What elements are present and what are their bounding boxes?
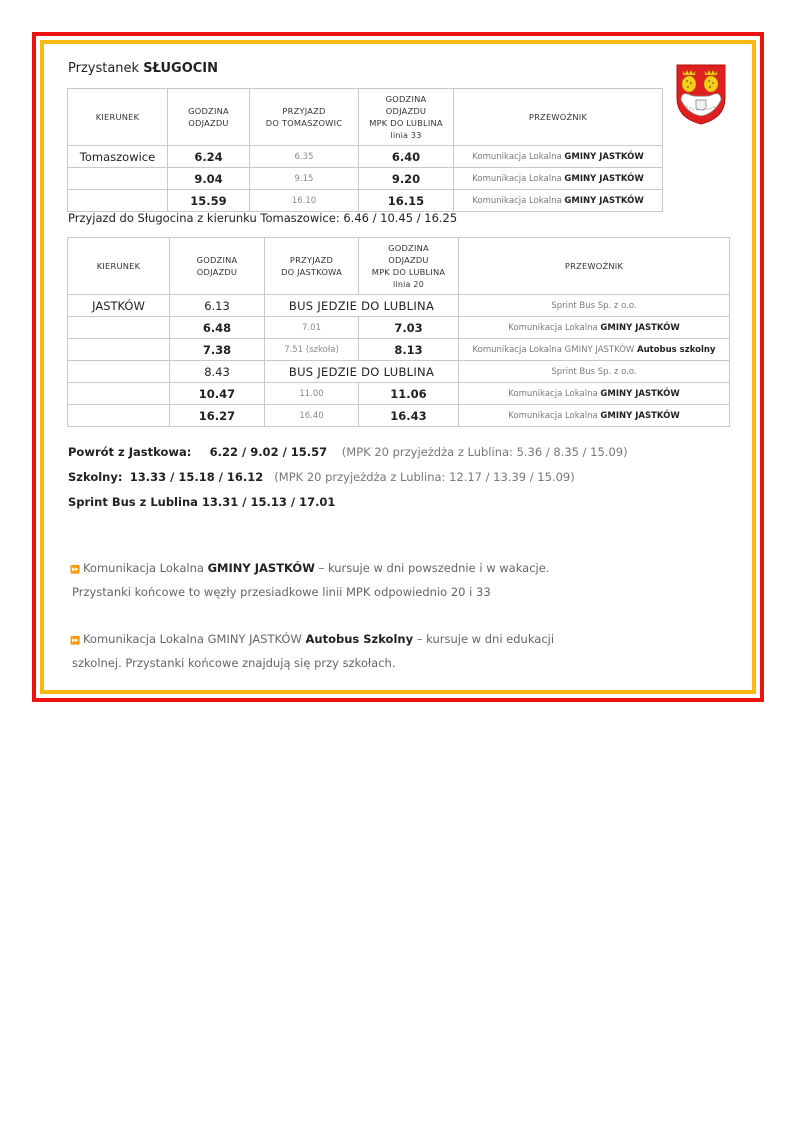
table-header-row: KIERUNEK GODZINAODJAZDU PRZYJAZDDO TOMAS… (68, 89, 663, 146)
carrier-cell: Komunikacja Lokalna GMINY JASTKÓW (454, 190, 663, 212)
page-title: Przystanek SŁUGOCIN (68, 61, 218, 76)
direction-cell (68, 339, 170, 361)
table-row: 9.04 9.15 9.20 Komunikacja Lokalna GMINY… (68, 168, 663, 190)
direction-cell (68, 405, 170, 427)
arrival-note: Przyjazd do Sługocina z kierunku Tomaszo… (68, 211, 457, 225)
table-row: 8.43 BUS JEDZIE DO LUBLINA Sprint Bus Sp… (68, 361, 730, 383)
table-row: 15.59 16.10 16.15 Komunikacja Lokalna GM… (68, 190, 663, 212)
direction-cell (68, 361, 170, 383)
arrival-cell: 16.10 (250, 190, 359, 212)
note-2-line-2: szkolnej. Przystanki końcowe znajdują si… (72, 656, 396, 670)
mpk-departure-cell: 6.40 (359, 146, 454, 168)
mpk-departure-cell: 9.20 (359, 168, 454, 190)
arrival-cell: 11.00 (265, 383, 359, 405)
header-direction: KIERUNEK (68, 238, 170, 295)
arrival-cell: 16.40 (265, 405, 359, 427)
carrier-cell: Sprint Bus Sp. z o.o. (459, 295, 730, 317)
stop-name: SŁUGOCIN (143, 61, 218, 76)
departure-cell: 8.43 (170, 361, 265, 383)
carrier-cell: Komunikacja Lokalna GMINY JASTKÓW (459, 317, 730, 339)
note-2: ⏩Komunikacja Lokalna GMINY JASTKÓW Autob… (70, 632, 554, 646)
arrival-cell: 6.35 (250, 146, 359, 168)
carrier-cell: Komunikacja Lokalna GMINY JASTKÓW (454, 168, 663, 190)
departure-cell: 6.24 (168, 146, 250, 168)
carrier-cell: Komunikacja Lokalna GMINY JASTKÓW Autobu… (459, 339, 730, 361)
return-from-jastkow: Powrót z Jastkowa: 6.22 / 9.02 / 15.57 (… (68, 445, 628, 459)
header-carrier: PRZEWOŹNIK (454, 89, 663, 146)
school-times: 13.33 / 15.18 / 16.12 (130, 470, 264, 484)
note-1-line-2: Przystanki końcowe to węzły przesiadkowe… (72, 585, 491, 599)
through-bus-cell: BUS JEDZIE DO LUBLINA (265, 361, 459, 383)
header-carrier: PRZEWOŹNIK (459, 238, 730, 295)
carrier-cell: Komunikacja Lokalna GMINY JASTKÓW (459, 383, 730, 405)
departure-cell: 6.48 (170, 317, 265, 339)
header-arrival: PRZYJAZDDO JASTKOWA (265, 238, 359, 295)
arrival-cell: 7.51 (szkoła) (265, 339, 359, 361)
sprint-times: Sprint Bus z Lublina 13.31 / 15.13 / 17.… (68, 495, 335, 509)
school-label: Szkolny: (68, 470, 122, 484)
timetable-to-jastkow: KIERUNEK GODZINAODJAZDU PRZYJAZDDO JASTK… (67, 237, 730, 427)
note-1: ⏩Komunikacja Lokalna GMINY JASTKÓW – kur… (70, 561, 549, 575)
header-direction: KIERUNEK (68, 89, 168, 146)
departure-cell: 15.59 (168, 190, 250, 212)
table-row: 7.38 7.51 (szkoła) 8.13 Komunikacja Loka… (68, 339, 730, 361)
mpk-departure-cell: 11.06 (359, 383, 459, 405)
through-bus-cell: BUS JEDZIE DO LUBLINA (265, 295, 459, 317)
school-bus-times: Szkolny: 13.33 / 15.18 / 16.12 (MPK 20 p… (68, 470, 575, 484)
direction-cell (68, 190, 168, 212)
return-times: 6.22 / 9.02 / 15.57 (210, 445, 328, 459)
arrival-cell: 7.01 (265, 317, 359, 339)
departure-cell: 7.38 (170, 339, 265, 361)
title-prefix: Przystanek (68, 61, 139, 76)
coat-of-arms-icon (674, 62, 728, 126)
direction-cell: JASTKÓW (68, 295, 170, 317)
departure-cell: 9.04 (168, 168, 250, 190)
school-mpk-note: (MPK 20 przyjeżdża z Lublina: 12.17 / 13… (274, 470, 574, 484)
mpk-departure-cell: 7.03 (359, 317, 459, 339)
mpk-departure-cell: 16.15 (359, 190, 454, 212)
table-row: JASTKÓW 6.13 BUS JEDZIE DO LUBLINA Sprin… (68, 295, 730, 317)
departure-cell: 16.27 (170, 405, 265, 427)
table-row: 6.48 7.01 7.03 Komunikacja Lokalna GMINY… (68, 317, 730, 339)
direction-cell (68, 317, 170, 339)
header-mpk-departure: GODZINAODJAZDUMPK DO LUBLINAlinia 20 (359, 238, 459, 295)
header-departure: GODZINAODJAZDU (168, 89, 250, 146)
double-arrow-icon: ⏩ (70, 565, 80, 574)
table-row: 16.27 16.40 16.43 Komunikacja Lokalna GM… (68, 405, 730, 427)
table-row: 10.47 11.00 11.06 Komunikacja Lokalna GM… (68, 383, 730, 405)
sprint-bus-times: Sprint Bus z Lublina 13.31 / 15.13 / 17.… (68, 495, 335, 509)
table-header-row: KIERUNEK GODZINAODJAZDU PRZYJAZDDO JASTK… (68, 238, 730, 295)
header-departure: GODZINAODJAZDU (170, 238, 265, 295)
arrival-cell: 9.15 (250, 168, 359, 190)
table-row: Tomaszowice 6.24 6.35 6.40 Komunikacja L… (68, 146, 663, 168)
return-mpk-note: (MPK 20 przyjeżdża z Lublina: 5.36 / 8.3… (342, 445, 628, 459)
direction-cell (68, 383, 170, 405)
departure-cell: 6.13 (170, 295, 265, 317)
carrier-cell: Komunikacja Lokalna GMINY JASTKÓW (459, 405, 730, 427)
departure-cell: 10.47 (170, 383, 265, 405)
header-mpk-departure: GODZINAODJAZDUMPK DO LUBLINAlinia 33 (359, 89, 454, 146)
header-arrival: PRZYJAZDDO TOMASZOWIC (250, 89, 359, 146)
direction-cell (68, 168, 168, 190)
mpk-departure-cell: 16.43 (359, 405, 459, 427)
carrier-cell: Sprint Bus Sp. z o.o. (459, 361, 730, 383)
mpk-departure-cell: 8.13 (359, 339, 459, 361)
return-label: Powrót z Jastkowa: (68, 445, 191, 459)
direction-cell: Tomaszowice (68, 146, 168, 168)
timetable-to-tomaszowice: KIERUNEK GODZINAODJAZDU PRZYJAZDDO TOMAS… (67, 88, 663, 212)
double-arrow-icon: ⏩ (70, 636, 80, 645)
carrier-cell: Komunikacja Lokalna GMINY JASTKÓW (454, 146, 663, 168)
